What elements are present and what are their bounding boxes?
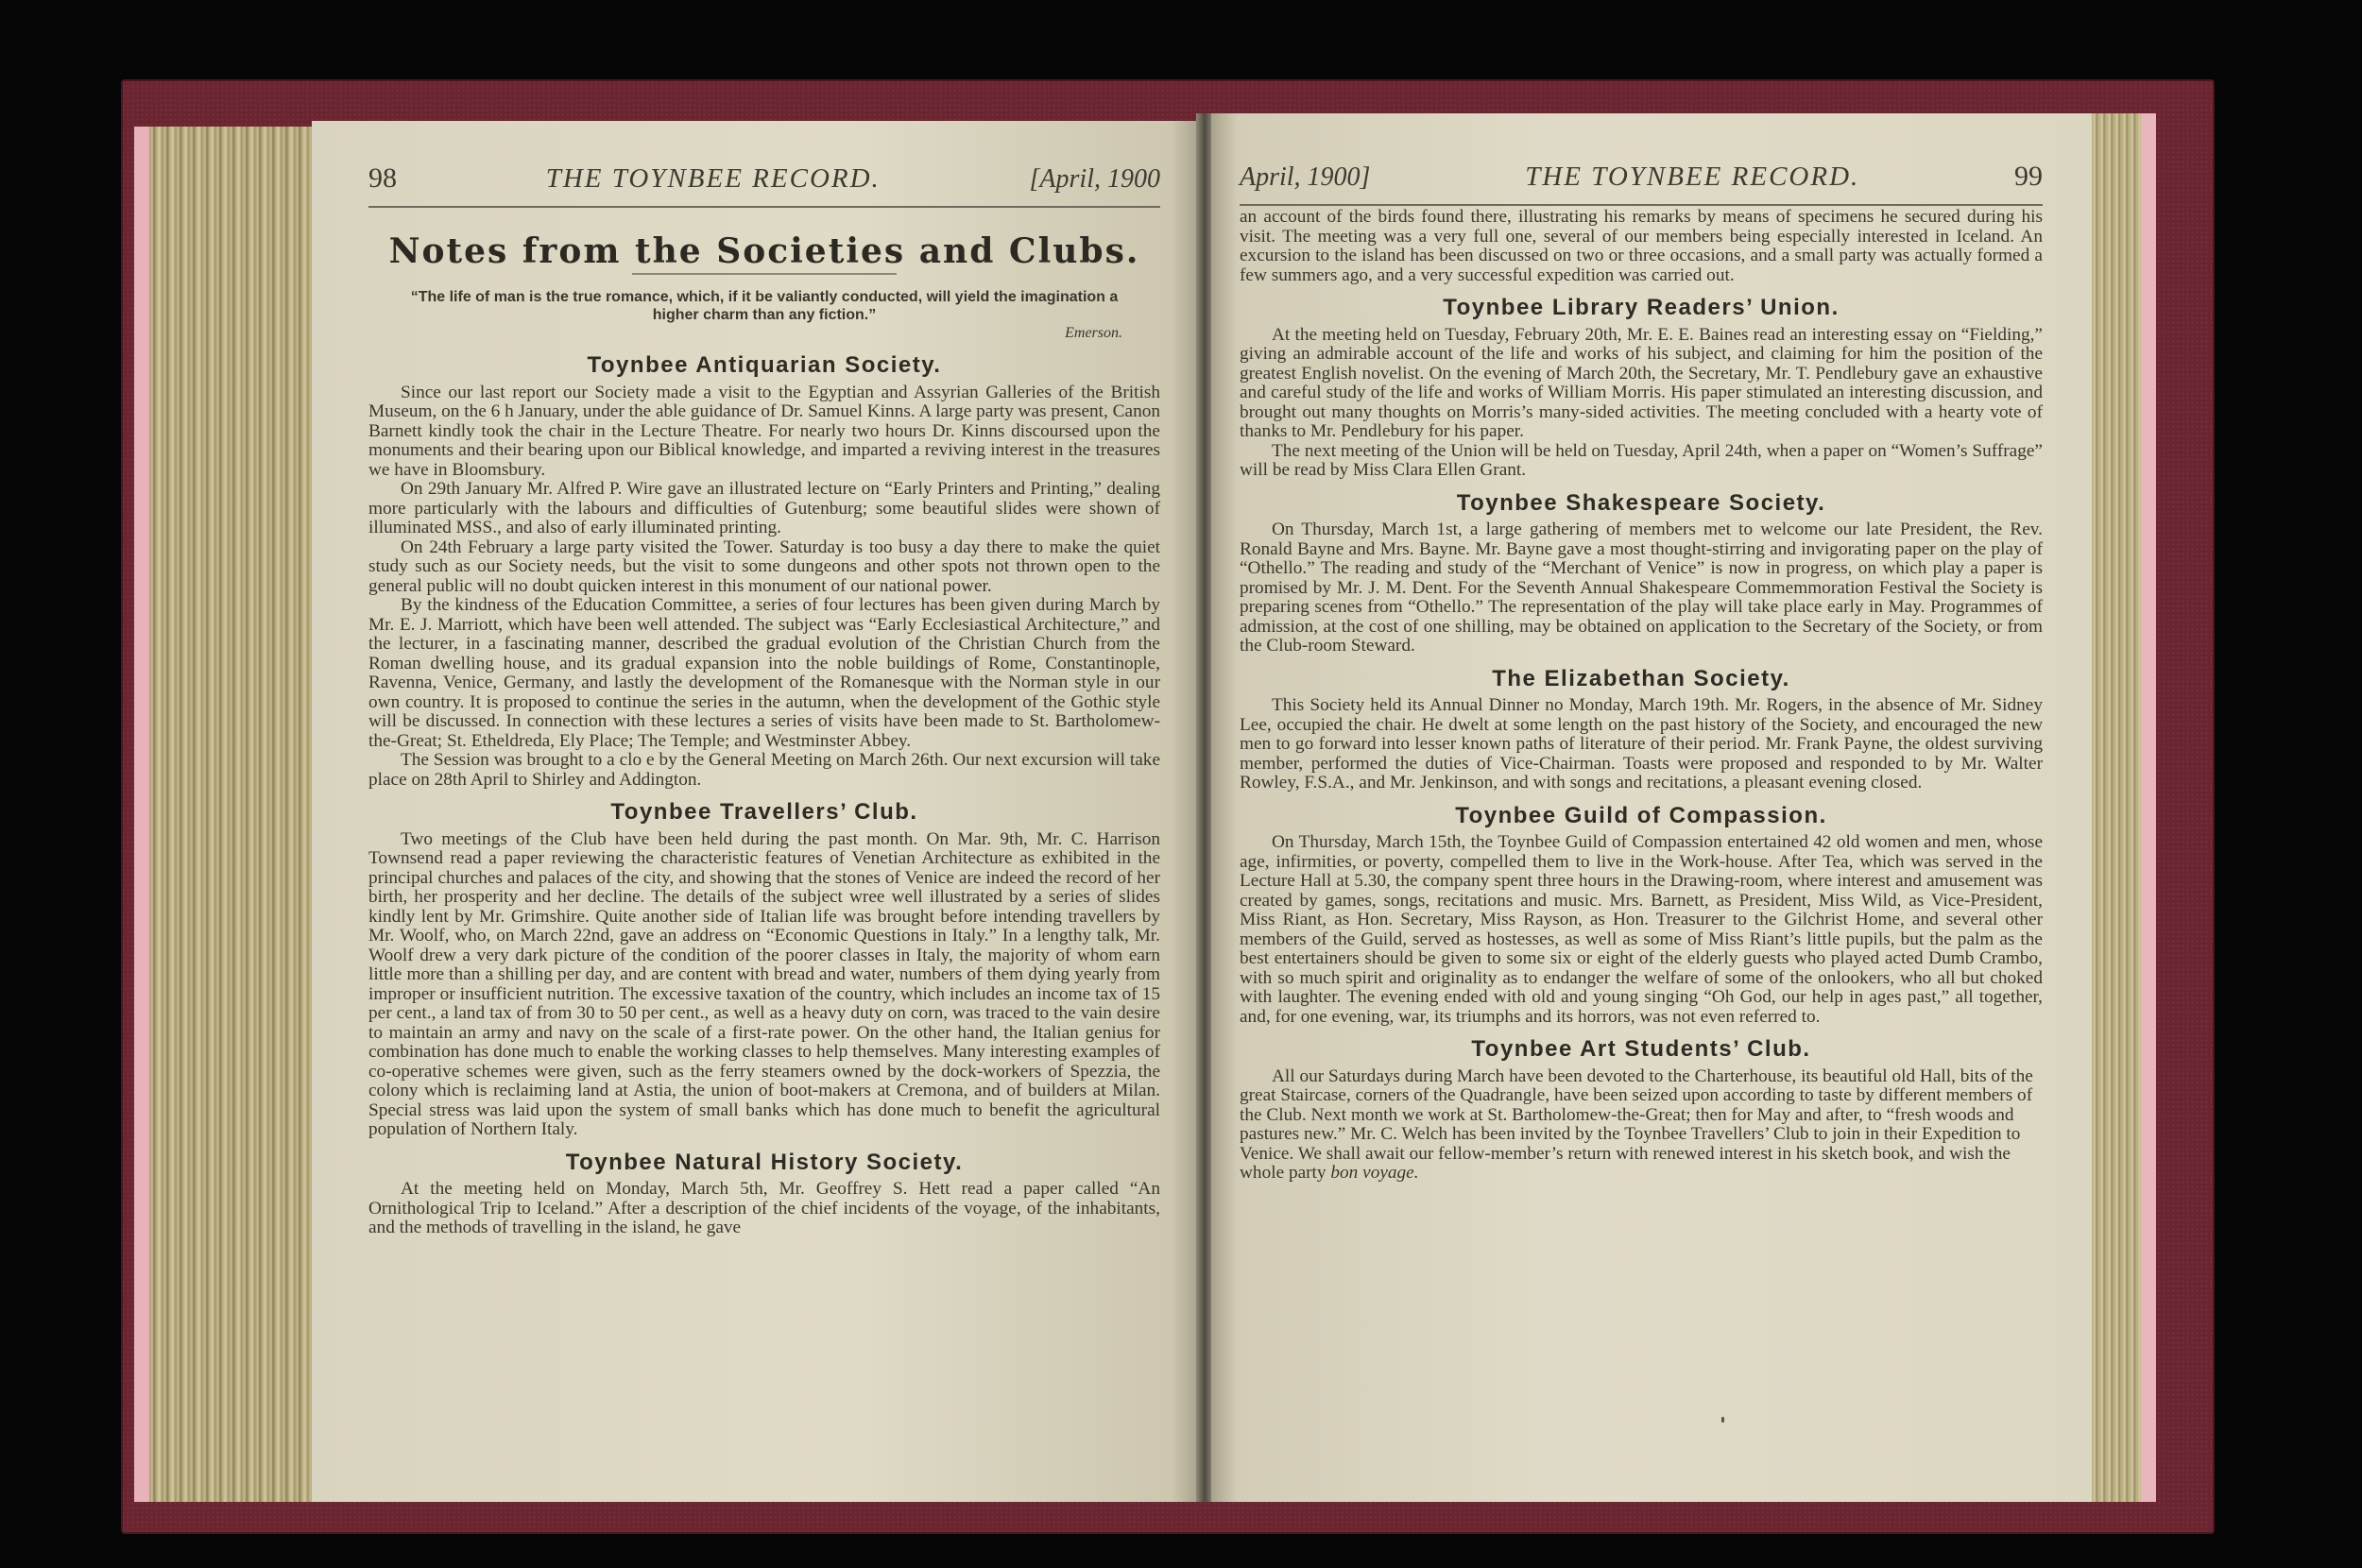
header-rule [368,206,1160,208]
left-page: 98 THE TOYNBEE RECORD. [April, 1900 Note… [312,121,1198,1502]
left-page-content: Notes from the Societies and Clubs. “The… [368,225,1160,1238]
paragraph: The Session was brought to a clo e by th… [368,751,1160,790]
section-heading-guild-compassion: Toynbee Guild of Compassion. [1240,807,2043,827]
section-heading-antiquarian: Toynbee Antiquarian Society. [368,356,1160,376]
paragraph: Since our last report our Society made a… [368,383,1160,481]
epigraph-attribution: Emerson. [368,324,1160,344]
epigraph: “The life of man is the true romance, wh… [368,288,1160,324]
paragraph: At the meeting held on Monday, March 5th… [368,1180,1160,1238]
section-heading-shakespeare: Toynbee Shakespeare Society. [1240,494,2043,514]
running-title: THE TOYNBEE RECORD. [546,163,881,195]
right-page-content: an account of the birds found there, ill… [1240,208,2043,1184]
title-rule [632,273,897,275]
paragraph: At the meeting held on Tuesday, February… [1240,326,2043,442]
right-running-header: April, 1900] THE TOYNBEE RECORD. 99 [1240,161,2043,198]
paragraph: On 29th January Mr. Alfred P. Wire gave … [368,480,1160,538]
pink-endpaper-left [134,127,149,1502]
page-number: 98 [368,162,397,195]
paragraph: On Thursday, March 15th, the Toynbee Gui… [1240,833,2043,1027]
paragraph: The next meeting of the Union will be he… [1240,442,2043,481]
page-number: 99 [2014,161,2043,193]
header-rule [1240,204,2043,206]
section-heading-art-students: Toynbee Art Students’ Club. [1240,1040,2043,1060]
closing-italic: bon voyage. [1330,1163,1418,1183]
running-title: THE TOYNBEE RECORD. [1525,162,1859,193]
issue-date: April, 1900] [1240,162,1370,193]
paragraph: All our Saturdays during March have been… [1240,1067,2043,1184]
section-heading-travellers: Toynbee Travellers’ Club. [368,803,1160,823]
page-edges-left [149,127,312,1502]
continued-paragraph: an account of the birds found there, ill… [1240,208,2043,285]
paragraph: By the kindness of the Education Committ… [368,596,1160,751]
paper-speck [1721,1417,1724,1423]
page-edges-right [2092,113,2141,1502]
paragraph: On Thursday, March 1st, a large gatherin… [1240,520,2043,656]
paragraph: This Society held its Annual Dinner no M… [1240,696,2043,793]
section-heading-natural-history: Toynbee Natural History Society. [368,1153,1160,1173]
paragraph: Two meetings of the Club have been held … [368,830,1160,1140]
right-page: April, 1900] THE TOYNBEE RECORD. 99 an a… [1211,113,2092,1502]
pink-endpaper-right [2141,113,2156,1502]
section-heading-library-readers: Toynbee Library Readers’ Union. [1240,298,2043,318]
issue-date: [April, 1900 [1030,164,1160,195]
paragraph: On 24th February a large party visited t… [368,538,1160,597]
left-running-header: 98 THE TOYNBEE RECORD. [April, 1900 [368,162,1160,200]
section-heading-elizabethan: The Elizabethan Society. [1240,670,2043,690]
main-title: Notes from the Societies and Clubs. [368,242,1160,262]
